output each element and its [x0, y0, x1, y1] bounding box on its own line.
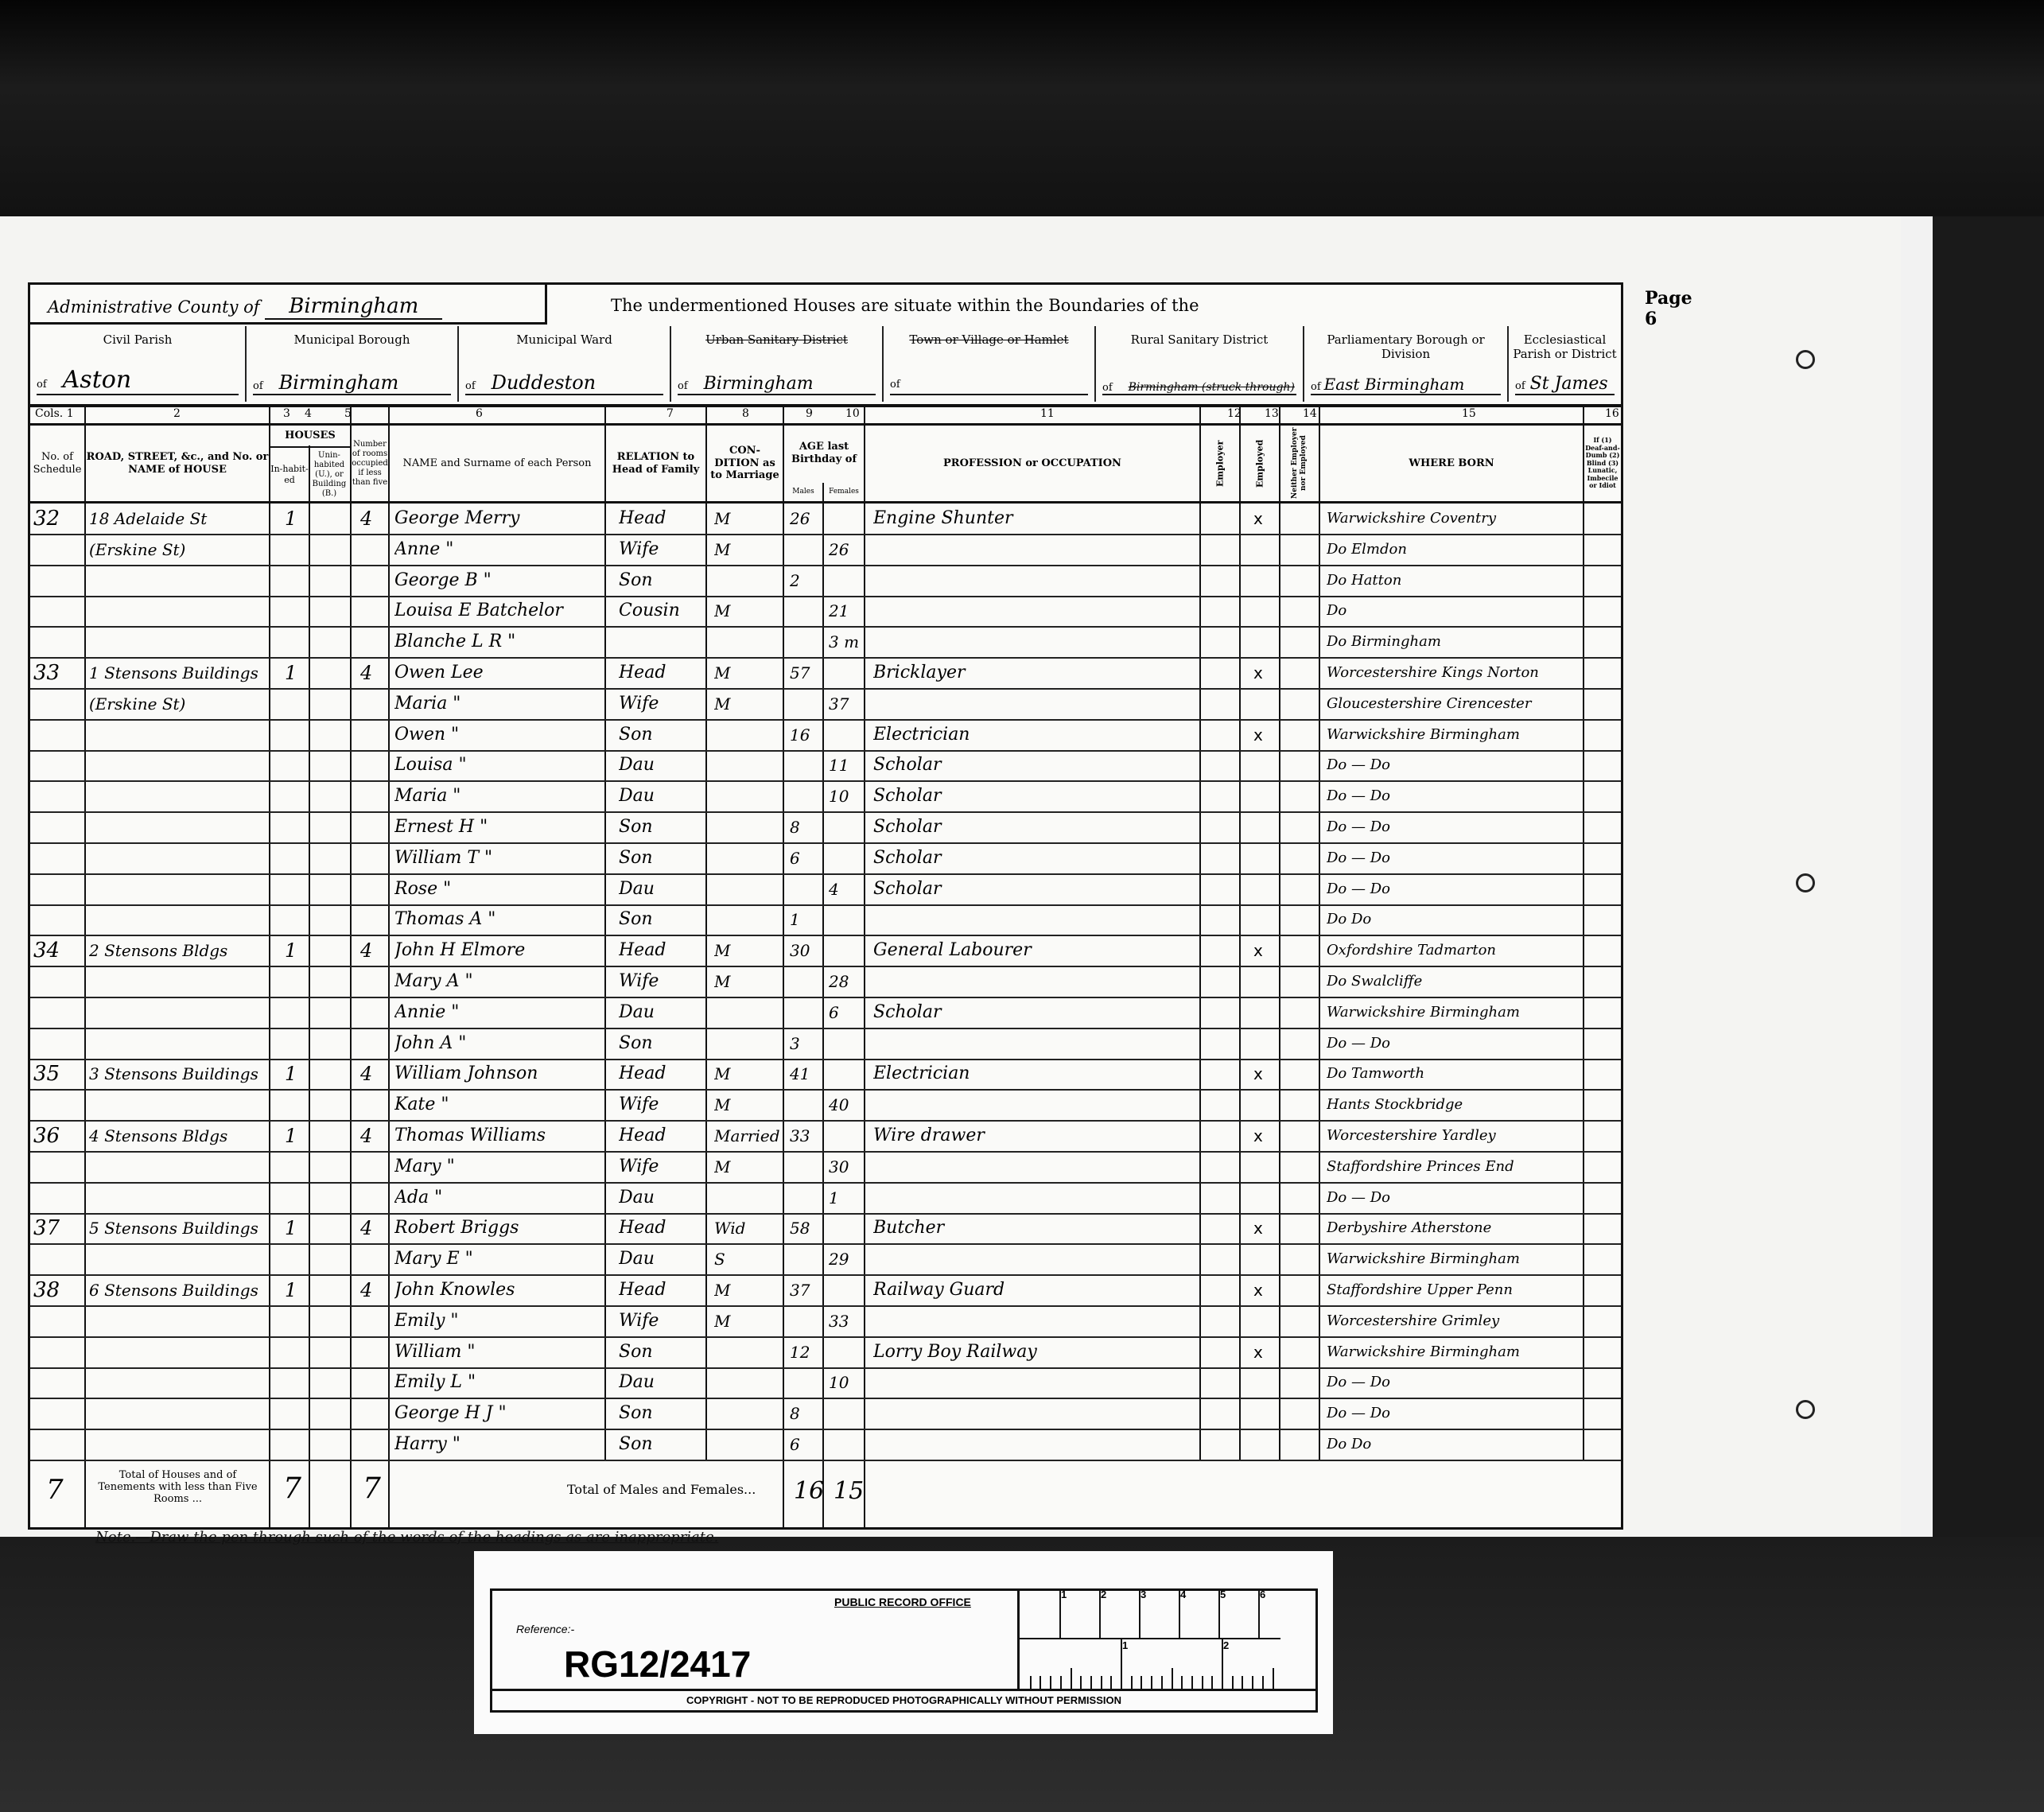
- cell-emp: [1211, 1059, 1237, 1089]
- total-females: 15: [834, 1477, 864, 1505]
- cell-male: 16: [790, 720, 822, 750]
- area-label: Town or Village or Hamlet: [884, 332, 1094, 347]
- cell-inh: [285, 750, 307, 780]
- cell-road: [89, 596, 267, 626]
- cell-male: [790, 781, 822, 811]
- cell-male: 8: [790, 812, 822, 842]
- cell-male: 57: [790, 658, 822, 688]
- cell-born: Warwickshire Birmingham: [1327, 1337, 1581, 1367]
- cell-male: 1: [790, 904, 822, 935]
- cell-sched: [33, 1244, 83, 1274]
- cell-occ: [873, 627, 1198, 657]
- cell-empd: x: [1253, 504, 1277, 534]
- cell-rel: Wife: [619, 966, 705, 997]
- table-row: 364 Stensons Bldgs14Thomas WilliamsHeadM…: [30, 1121, 1621, 1153]
- table-row: 386 Stensons Buildings14John KnowlesHead…: [30, 1275, 1621, 1307]
- cell-sched: [33, 781, 83, 811]
- cell-sched: 37: [33, 1213, 83, 1243]
- col-num: 11: [1040, 407, 1055, 420]
- cell-emp: [1211, 966, 1237, 997]
- total-males: 16: [794, 1477, 824, 1505]
- cell-male: 26: [790, 504, 822, 534]
- table-row: Emily L "Dau10Do — Do: [30, 1367, 1621, 1399]
- cell-empd: [1253, 904, 1277, 935]
- cell-female: 26: [829, 535, 862, 565]
- col-num: 6: [476, 407, 483, 420]
- cell-born: Warwickshire Birmingham: [1327, 997, 1581, 1028]
- cell-male: 3: [790, 1028, 822, 1059]
- cell-rel: Dau: [619, 1367, 705, 1398]
- cell-cond: M: [714, 1090, 783, 1120]
- cell-female: 10: [829, 781, 862, 811]
- cell-sched: [33, 689, 83, 719]
- cell-empd: x: [1253, 935, 1277, 966]
- cell-inh: [285, 1090, 307, 1120]
- cell-occ: [873, 1183, 1198, 1213]
- cell-born: Do Do: [1327, 904, 1581, 935]
- table-row: Maria "Dau10ScholarDo — Do: [30, 781, 1621, 813]
- cell-rel: [619, 627, 705, 657]
- cell-female: [829, 812, 862, 842]
- cell-name: John A ": [394, 1028, 603, 1059]
- cell-cond: M: [714, 1152, 783, 1182]
- header-males: Males: [784, 483, 822, 501]
- cell-rooms: [360, 1183, 386, 1213]
- table-row: William T "Son6ScholarDo — Do: [30, 843, 1621, 875]
- cell-empd: [1253, 1306, 1277, 1336]
- cell-road: [89, 843, 267, 873]
- cell-emp: [1211, 627, 1237, 657]
- cell-name: Robert Briggs: [394, 1213, 603, 1243]
- cell-emp: [1211, 750, 1237, 780]
- cell-empd: x: [1253, 720, 1277, 750]
- area-label: Municipal Ward: [459, 332, 670, 347]
- cell-male: [790, 966, 822, 997]
- col-num: 10: [845, 407, 860, 420]
- cell-born: Worcestershire Kings Norton: [1327, 658, 1581, 688]
- cell-female: [829, 843, 862, 873]
- cell-sched: 32: [33, 504, 83, 534]
- header-employer: Employer: [1201, 426, 1239, 501]
- cell-empd: [1253, 843, 1277, 873]
- cell-sched: [33, 750, 83, 780]
- cell-born: Do Hatton: [1327, 566, 1581, 596]
- cell-emp: [1211, 812, 1237, 842]
- cell-rooms: [360, 689, 386, 719]
- cell-name: Rose ": [394, 874, 603, 904]
- table-row: 342 Stensons Bldgs14John H ElmoreHeadM30…: [30, 935, 1621, 967]
- table-row: Louisa "Dau11ScholarDo — Do: [30, 750, 1621, 782]
- cell-born: Do — Do: [1327, 1367, 1581, 1398]
- cell-cond: [714, 1429, 783, 1460]
- cell-sched: [33, 1152, 83, 1182]
- cell-inh: 1: [285, 504, 307, 534]
- cell-rooms: [360, 1152, 386, 1182]
- cell-sched: 36: [33, 1121, 83, 1151]
- header-employed: Employed: [1241, 426, 1279, 501]
- cell-road: 6 Stensons Buildings: [89, 1275, 267, 1305]
- col-num: 14: [1303, 407, 1317, 420]
- cell-emp: [1211, 997, 1237, 1028]
- cell-rel: Wife: [619, 1090, 705, 1120]
- cell-occ: [873, 1090, 1198, 1120]
- cell-female: 10: [829, 1367, 862, 1398]
- cell-born: Do — Do: [1327, 812, 1581, 842]
- reference-code: RG12/2417: [564, 1643, 751, 1686]
- cell-rooms: 4: [360, 658, 386, 688]
- cell-emp: [1211, 1213, 1237, 1243]
- cell-occ: [873, 1028, 1198, 1059]
- cell-male: [790, 1152, 822, 1182]
- cell-occ: Scholar: [873, 874, 1198, 904]
- cell-cond: M: [714, 504, 783, 534]
- cell-female: [829, 1275, 862, 1305]
- cell-rooms: 4: [360, 1213, 386, 1243]
- cell-cond: [714, 750, 783, 780]
- table-row: Ada "Dau1Do — Do: [30, 1183, 1621, 1215]
- cell-emp: [1211, 935, 1237, 966]
- cell-road: 2 Stensons Bldgs: [89, 935, 267, 966]
- cell-born: Warwickshire Birmingham: [1327, 1244, 1581, 1274]
- cell-emp: [1211, 843, 1237, 873]
- cell-born: Do — Do: [1327, 1183, 1581, 1213]
- cell-sched: [33, 1306, 83, 1336]
- cell-rooms: [360, 1337, 386, 1367]
- cell-born: Worcestershire Grimley: [1327, 1306, 1581, 1336]
- punch-hole: [1796, 1400, 1815, 1419]
- header-road: ROAD, STREET, &c., and No. or NAME of HO…: [86, 426, 269, 501]
- table-row: 375 Stensons Buildings14Robert BriggsHea…: [30, 1213, 1621, 1245]
- cell-rooms: [360, 904, 386, 935]
- cell-born: Do Do: [1327, 1429, 1581, 1460]
- header-infirmity: If (1) Deaf-and-Dumb (2) Blind (3) Lunat…: [1584, 426, 1621, 501]
- cell-cond: M: [714, 689, 783, 719]
- cell-road: [89, 1367, 267, 1398]
- cell-sched: 38: [33, 1275, 83, 1305]
- cell-cond: Married: [714, 1121, 783, 1151]
- cell-name: Ada ": [394, 1183, 603, 1213]
- cell-male: 6: [790, 1429, 822, 1460]
- area-label: Rural Sanitary District: [1096, 332, 1303, 347]
- header-rooms: Number of rooms occupied if less than fi…: [352, 426, 388, 501]
- area-label: Ecclesiastical Parish or District: [1509, 332, 1621, 361]
- cell-female: [829, 1028, 862, 1059]
- area-label: Civil Parish: [30, 332, 245, 347]
- cell-sched: [33, 1367, 83, 1398]
- cm-mark: 4: [1179, 1588, 1186, 1638]
- cell-cond: [714, 1183, 783, 1213]
- cell-male: 6: [790, 843, 822, 873]
- cell-female: [829, 1398, 862, 1429]
- cell-emp: [1211, 504, 1237, 534]
- cell-name: Anne ": [394, 535, 603, 565]
- cell-inh: [285, 812, 307, 842]
- total-schedules: 7: [46, 1474, 64, 1506]
- cell-road: [89, 566, 267, 596]
- cell-rel: Head: [619, 658, 705, 688]
- col-num: 4: [305, 407, 312, 420]
- cell-sched: [33, 997, 83, 1028]
- header-age: AGE last Birthday of: [784, 426, 864, 481]
- col-num: 9: [806, 407, 813, 420]
- table-row: John A "Son3Do — Do: [30, 1028, 1621, 1060]
- cell-male: 2: [790, 566, 822, 596]
- cell-inh: [285, 627, 307, 657]
- cell-name: Maria ": [394, 689, 603, 719]
- cell-name: John H Elmore: [394, 935, 603, 966]
- cell-female: [829, 1213, 862, 1243]
- cell-cond: [714, 843, 783, 873]
- cell-born: Staffordshire Princes End: [1327, 1152, 1581, 1182]
- cell-female: [829, 935, 862, 966]
- header-females: Females: [824, 483, 864, 501]
- cell-inh: 1: [285, 1121, 307, 1151]
- cell-emp: [1211, 1028, 1237, 1059]
- area-value: Birmingham: [704, 374, 814, 394]
- cell-road: [89, 1090, 267, 1120]
- cell-sched: [33, 535, 83, 565]
- cell-female: 33: [829, 1306, 862, 1336]
- cell-occ: Butcher: [873, 1213, 1198, 1243]
- cell-sched: [33, 1337, 83, 1367]
- cell-road: [89, 1429, 267, 1460]
- of-label: of: [1515, 380, 1525, 392]
- cell-rel: Head: [619, 1275, 705, 1305]
- cell-rel: Wife: [619, 1306, 705, 1336]
- cell-female: 28: [829, 966, 862, 997]
- cell-empd: [1253, 1090, 1277, 1120]
- area-town-village: Town or Village or Hamlet of: [884, 326, 1096, 402]
- header-condition: CON-DITION as to Marriage: [707, 426, 783, 501]
- cell-sched: [33, 627, 83, 657]
- cell-emp: [1211, 1152, 1237, 1182]
- cell-male: [790, 750, 822, 780]
- cell-empd: [1253, 1183, 1277, 1213]
- cell-inh: [285, 1028, 307, 1059]
- table-row: Kate "WifeM40Hants Stockbridge: [30, 1090, 1621, 1122]
- cell-name: Annie ": [394, 997, 603, 1028]
- cell-inh: [285, 720, 307, 750]
- cell-empd: [1253, 1244, 1277, 1274]
- table-row: Blanche L R "3 mDo Birmingham: [30, 627, 1621, 659]
- cell-rel: Son: [619, 1337, 705, 1367]
- cell-rel: Cousin: [619, 596, 705, 626]
- col-num: 3: [283, 407, 290, 420]
- cell-name: Harry ": [394, 1429, 603, 1460]
- col-num: 2: [173, 407, 181, 420]
- table-row: George B "Son2Do Hatton: [30, 566, 1621, 597]
- cell-occ: [873, 966, 1198, 997]
- of-label: of: [37, 379, 47, 391]
- cell-rooms: [360, 750, 386, 780]
- cell-occ: [873, 566, 1198, 596]
- cell-rel: Son: [619, 1398, 705, 1429]
- cell-rooms: [360, 1306, 386, 1336]
- cell-empd: x: [1253, 1337, 1277, 1367]
- copyright-notice: COPYRIGHT - NOT TO BE REPRODUCED PHOTOGR…: [492, 1689, 1315, 1710]
- pro-title: PUBLIC RECORD OFFICE: [834, 1596, 971, 1608]
- cell-occ: Lorry Boy Railway: [873, 1337, 1198, 1367]
- cell-empd: [1253, 997, 1277, 1028]
- table-row: 353 Stensons Buildings14William JohnsonH…: [30, 1059, 1621, 1091]
- cell-inh: [285, 535, 307, 565]
- census-form: Administrative County of Birmingham The …: [28, 282, 1623, 1530]
- cell-road: [89, 1398, 267, 1429]
- cell-inh: [285, 843, 307, 873]
- cell-rooms: [360, 1367, 386, 1398]
- cell-inh: [285, 566, 307, 596]
- cell-occ: [873, 596, 1198, 626]
- table-row: Mary A "WifeM28Do Swalcliffe: [30, 966, 1621, 998]
- cell-rooms: [360, 1244, 386, 1274]
- cell-empd: [1253, 1367, 1277, 1398]
- cell-cond: M: [714, 935, 783, 966]
- cell-born: Hants Stockbridge: [1327, 1090, 1581, 1120]
- cell-name: Ernest H ": [394, 812, 603, 842]
- cell-rooms: [360, 966, 386, 997]
- cell-name: George Merry: [394, 504, 603, 534]
- cell-born: Do: [1327, 596, 1581, 626]
- cell-emp: [1211, 658, 1237, 688]
- cell-born: Warwickshire Coventry: [1327, 504, 1581, 534]
- area-value: Birmingham: [279, 371, 399, 394]
- cell-name: Thomas A ": [394, 904, 603, 935]
- cell-occ: [873, 1152, 1198, 1182]
- cell-road: [89, 966, 267, 997]
- cell-rooms: [360, 596, 386, 626]
- cell-female: [829, 1429, 862, 1460]
- cell-empd: [1253, 689, 1277, 719]
- cell-rooms: [360, 781, 386, 811]
- cell-rooms: [360, 627, 386, 657]
- cell-sched: [33, 966, 83, 997]
- cell-empd: x: [1253, 658, 1277, 688]
- area-ecclesiastical: Ecclesiastical Parish or District ofSt J…: [1509, 326, 1621, 402]
- cell-occ: Scholar: [873, 843, 1198, 873]
- cell-emp: [1211, 1183, 1237, 1213]
- cell-name: Emily L ": [394, 1367, 603, 1398]
- cell-rel: Son: [619, 720, 705, 750]
- cell-rooms: 4: [360, 1059, 386, 1089]
- cell-rooms: 4: [360, 935, 386, 966]
- cell-born: Gloucestershire Cirencester: [1327, 689, 1581, 719]
- table-row: Thomas A "Son1Do Do: [30, 904, 1621, 936]
- col-num: 7: [666, 407, 674, 420]
- area-municipal-ward: Municipal Ward ofDuddeston: [459, 326, 671, 402]
- cell-road: [89, 1337, 267, 1367]
- pro-reference-label: PUBLIC RECORD OFFICE Reference:- RG12/24…: [474, 1551, 1333, 1734]
- table-row: Ernest H "Son8ScholarDo — Do: [30, 812, 1621, 844]
- cell-rel: Son: [619, 1028, 705, 1059]
- cell-empd: x: [1253, 1121, 1277, 1151]
- cell-cond: [714, 1398, 783, 1429]
- cell-female: 1: [829, 1183, 862, 1213]
- cell-emp: [1211, 1367, 1237, 1398]
- header-inhabited: In-habit-ed: [270, 448, 309, 501]
- cell-name: Emily ": [394, 1306, 603, 1336]
- cell-rel: Dau: [619, 1183, 705, 1213]
- cell-name: John Knowles: [394, 1275, 603, 1305]
- cell-female: [829, 904, 862, 935]
- area-label: Urban Sanitary District: [671, 332, 882, 347]
- cell-road: [89, 1183, 267, 1213]
- table-row: Mary E "DauS29Warwickshire Birmingham: [30, 1244, 1621, 1276]
- cell-inh: [285, 1306, 307, 1336]
- cell-cond: M: [714, 966, 783, 997]
- cell-sched: [33, 1429, 83, 1460]
- cell-name: George H J ": [394, 1398, 603, 1429]
- cell-occ: General Labourer: [873, 935, 1198, 966]
- area-value: Duddeston: [492, 371, 596, 394]
- cell-empd: x: [1253, 1213, 1277, 1243]
- col-num: 15: [1462, 407, 1476, 420]
- header-neither: Neither Employer nor Employed: [1280, 426, 1319, 501]
- table-row: Owen "Son16ElectricianxWarwickshire Birm…: [30, 720, 1621, 752]
- cell-cond: [714, 566, 783, 596]
- table-row: (Erskine St)Maria "WifeM37Gloucestershir…: [30, 689, 1621, 721]
- area-value: St James: [1530, 374, 1608, 394]
- cell-inh: [285, 1183, 307, 1213]
- col-num: 13: [1265, 407, 1279, 420]
- header-uninhabited: Unin-habited (U.), or Building (B.): [310, 448, 348, 501]
- cell-road: (Erskine St): [89, 689, 267, 719]
- table-row: 3218 Adelaide St14George MerryHeadM26Eng…: [30, 504, 1621, 535]
- cell-rooms: [360, 1028, 386, 1059]
- admin-county: Administrative County of Birmingham: [30, 285, 547, 325]
- cell-male: 37: [790, 1275, 822, 1305]
- table-row: William "Son12Lorry Boy RailwayxWarwicks…: [30, 1337, 1621, 1369]
- cell-road: [89, 720, 267, 750]
- table-row: Rose "Dau4ScholarDo — Do: [30, 874, 1621, 906]
- cell-name: Louisa ": [394, 750, 603, 780]
- cell-rel: Wife: [619, 535, 705, 565]
- cell-occ: Scholar: [873, 750, 1198, 780]
- cell-rel: Son: [619, 904, 705, 935]
- cell-road: 1 Stensons Buildings: [89, 658, 267, 688]
- cell-empd: [1253, 1152, 1277, 1182]
- cell-road: [89, 627, 267, 657]
- area-value: Aston: [63, 366, 132, 394]
- cell-rooms: [360, 997, 386, 1028]
- cell-sched: 34: [33, 935, 83, 966]
- cell-cond: [714, 1028, 783, 1059]
- cell-male: [790, 1306, 822, 1336]
- cell-inh: [285, 904, 307, 935]
- cell-emp: [1211, 689, 1237, 719]
- cell-empd: [1253, 750, 1277, 780]
- cell-cond: [714, 874, 783, 904]
- cell-rel: Dau: [619, 781, 705, 811]
- area-urban-sanitary: Urban Sanitary District ofBirmingham: [671, 326, 884, 402]
- cell-inh: [285, 1337, 307, 1367]
- col-num: 16: [1605, 407, 1619, 420]
- cell-rooms: [360, 1398, 386, 1429]
- cell-male: [790, 1183, 822, 1213]
- cell-name: George B ": [394, 566, 603, 596]
- cell-sched: [33, 720, 83, 750]
- cell-empd: [1253, 566, 1277, 596]
- cell-rel: Son: [619, 812, 705, 842]
- total-tenements: 7: [363, 1472, 381, 1505]
- cell-name: Mary A ": [394, 966, 603, 997]
- cell-rel: Head: [619, 504, 705, 534]
- cell-sched: [33, 566, 83, 596]
- cell-female: 37: [829, 689, 862, 719]
- area-parliamentary: Parliamentary Borough or Division ofEast…: [1304, 326, 1509, 402]
- of-label: of: [253, 380, 263, 392]
- cell-sched: [33, 596, 83, 626]
- total-mf-label: Total of Males and Females...: [567, 1482, 756, 1497]
